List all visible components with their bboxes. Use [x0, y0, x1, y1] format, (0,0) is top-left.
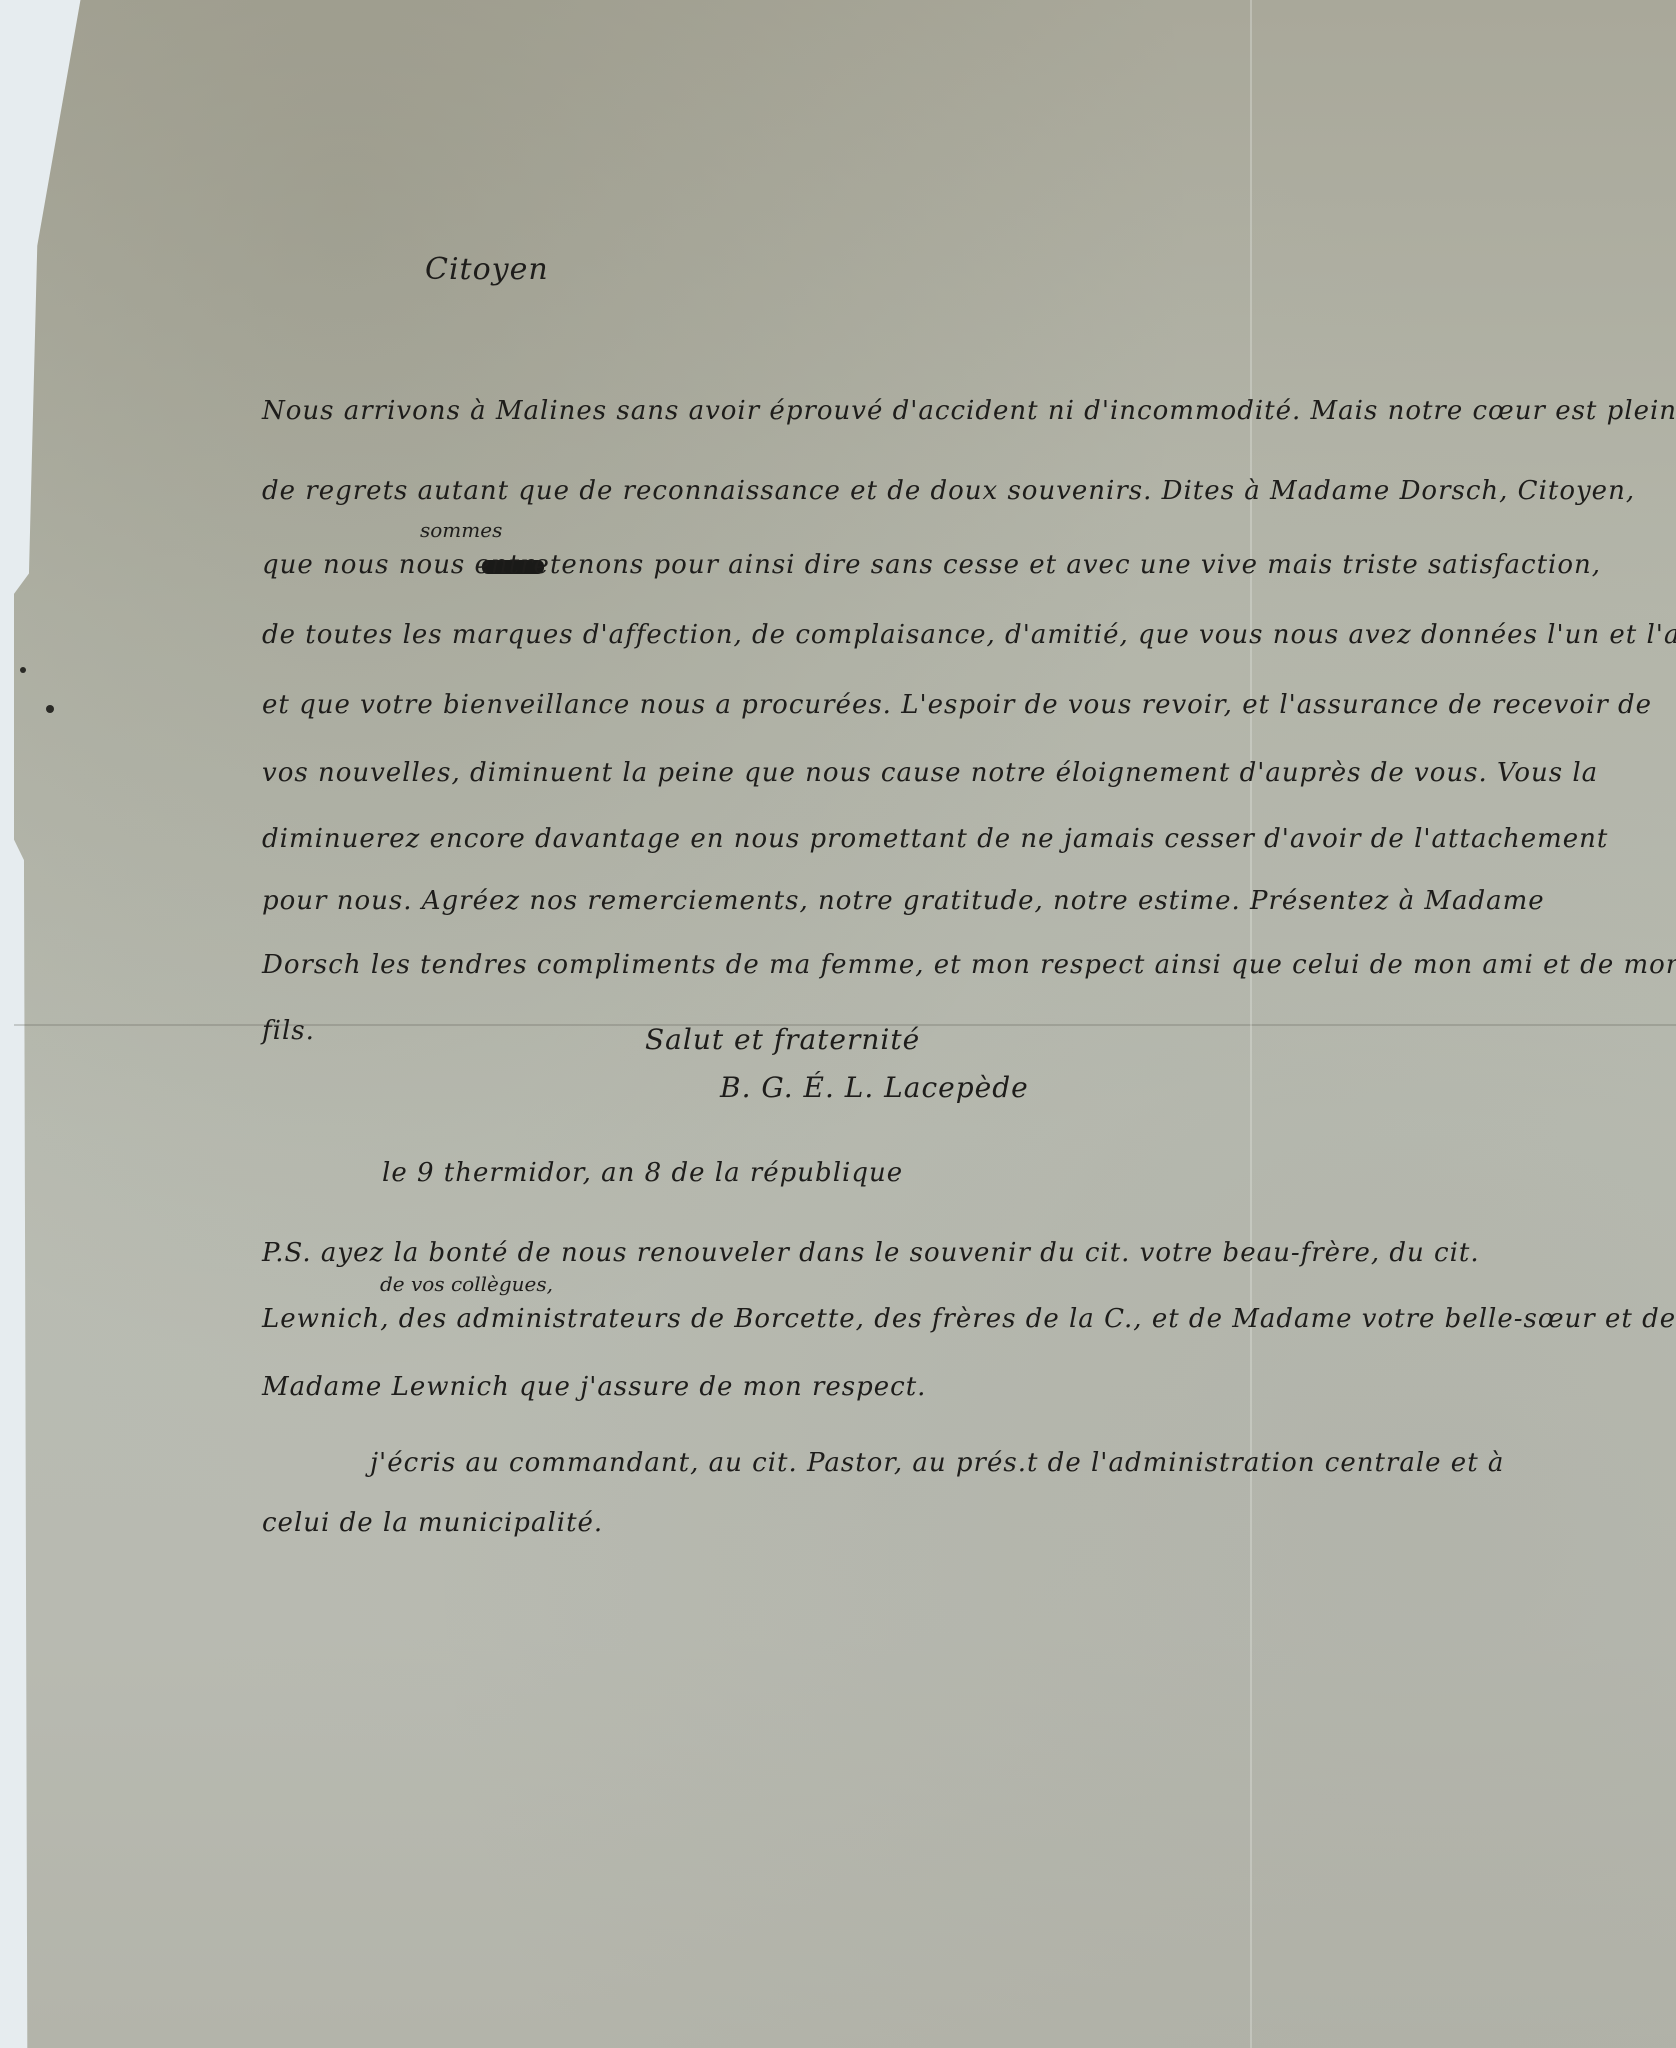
body-line-2: de regrets autant que de reconnaissance … — [262, 478, 1635, 504]
postscript-line-3: Madame Lewnich que j'assure de mon respe… — [262, 1374, 926, 1400]
closing: Salut et fraternité — [645, 1026, 920, 1054]
insertion-sommes: sommes — [420, 518, 502, 542]
postscript-2-line-1: j'écris au commandant, au cit. Pastor, a… — [370, 1450, 1504, 1476]
body-line-9: Dorsch les tendres compliments de ma fem… — [262, 952, 1676, 978]
postscript-insertion: de vos collègues, — [380, 1272, 553, 1296]
body-line-7: diminuerez encore davantage en nous prom… — [262, 826, 1608, 852]
ink-spot — [46, 705, 54, 713]
postscript-line-2: Lewnich, des administrateurs de Borcette… — [262, 1306, 1676, 1332]
date-line: le 9 thermidor, an 8 de la république — [382, 1160, 903, 1186]
ink-spot — [20, 667, 26, 673]
postscript-2-line-2: celui de la municipalité. — [262, 1510, 603, 1536]
body-line-1: Nous arrivons à Malines sans avoir éprou… — [262, 398, 1676, 424]
signature: B. G. É. L. Lacepède — [720, 1074, 1029, 1102]
body-line-5: et que votre bienveillance nous a procur… — [262, 692, 1652, 718]
body-line-4: de toutes les marques d'affection, de co… — [262, 622, 1676, 648]
body-line-10: fils. — [262, 1018, 315, 1044]
paper-fold-vertical — [1250, 0, 1252, 2048]
postscript-line-1: P.S. ayez la bonté de nous renouveler da… — [262, 1240, 1480, 1266]
salutation: Citoyen — [425, 255, 549, 285]
body-line-3: que nous nous entretenons pour ainsi dir… — [262, 552, 1601, 578]
body-line-6: vos nouvelles, diminuent la peine que no… — [262, 760, 1598, 786]
body-line-8: pour nous. Agréez nos remerciements, not… — [262, 888, 1545, 914]
